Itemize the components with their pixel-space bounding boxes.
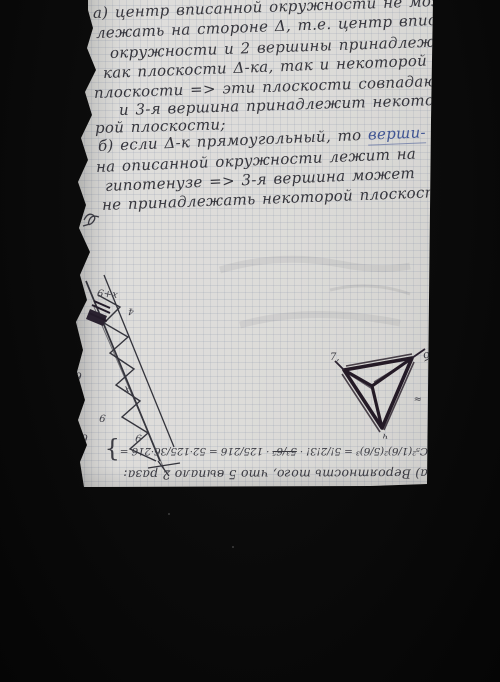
- inverted-writing-block: а) Вероятность того, что 5 выпало 2 раза…: [95, 424, 429, 483]
- ladder-label-mid2: 9: [98, 411, 106, 423]
- ladder-label-side: 6: [74, 369, 82, 383]
- tetrahedron-label-approx: ≈: [414, 393, 422, 404]
- inverted-caption: а) Вероятность того, что 5 выпало 2 раза…: [95, 466, 428, 482]
- ladder-label-top2: 4: [127, 305, 135, 316]
- formula-struck-term: 5³/6⁵: [273, 445, 297, 457]
- tetrahedron-label-right: б: [422, 349, 432, 363]
- dust-speck: [168, 513, 170, 515]
- formula-start: C₅²(1/6)²(5/6)³ = 5!/2!3! ·: [297, 445, 428, 457]
- inverted-formula: C₅²(1/6)²(5/6)³ = 5!/2!3! · 5³/6⁵ · 125/…: [95, 436, 428, 464]
- formula-end: · 125/216 = 52·125/36·216 =: [120, 445, 273, 457]
- ladder-label-top: x+9: [96, 286, 119, 301]
- ladder-label-mid: x: [123, 383, 130, 395]
- highlighted-word: верши-: [368, 123, 427, 145]
- scanner-background: а) центр вписанной окружности не может л…: [0, 0, 500, 682]
- paper-sheet: а) центр вписанной окружности не может л…: [70, 0, 435, 489]
- pencil-smudge: [210, 230, 420, 360]
- formula-flourish: }: [105, 436, 120, 464]
- dust-speck: [232, 546, 234, 548]
- ink-doodle-sketch: [78, 206, 104, 232]
- ladder-label-low: б: [80, 431, 88, 445]
